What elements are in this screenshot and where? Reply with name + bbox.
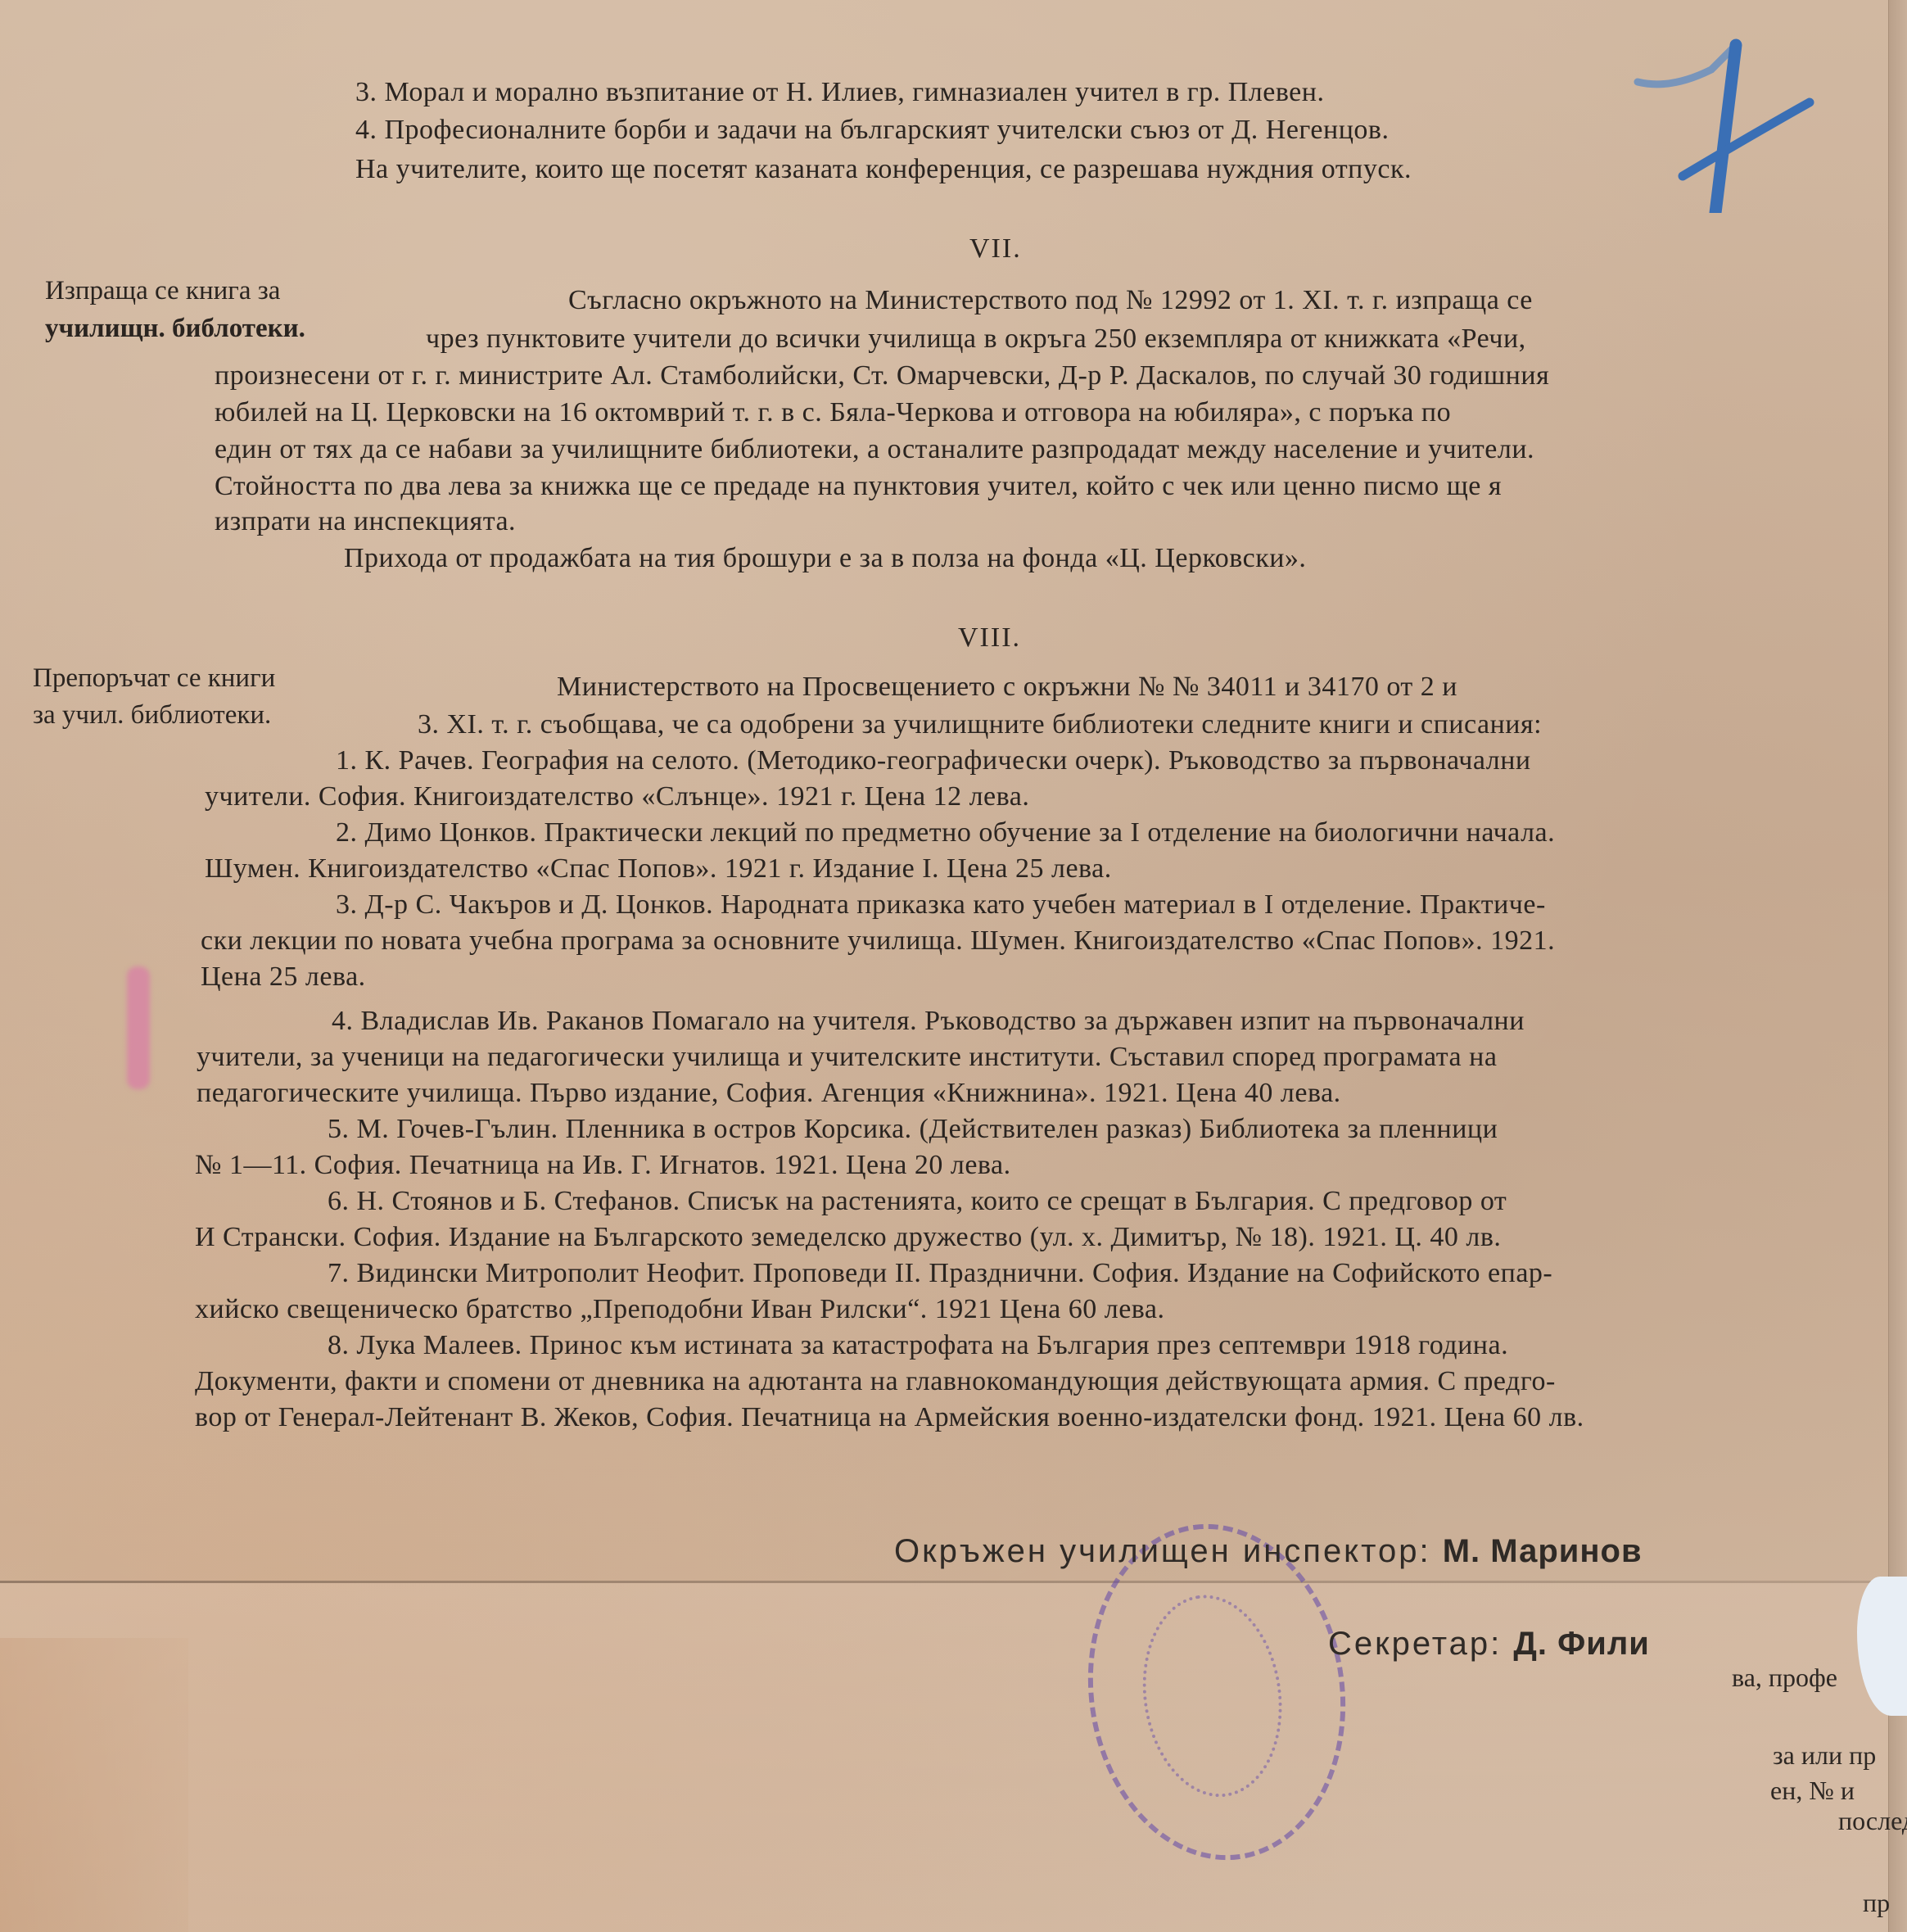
- book-8-line-2: Документи, факти и спомени от дневника н…: [195, 1368, 1556, 1396]
- secretary-label: Секретар:: [1328, 1626, 1502, 1662]
- section-vii-line-5: един от тях да се набави за училищните б…: [215, 436, 1534, 464]
- bleed-fragment-4: послед: [1838, 1806, 1907, 1836]
- section-viii-margin-note-1: Препоръчат се книги: [33, 663, 275, 694]
- handwritten-seven-icon: [1621, 16, 1818, 213]
- book-6-line-1: 6. Н. Стоянов и Б. Стефанов. Списък на р…: [328, 1188, 1507, 1215]
- section-vii-closing: Прихода от продажбата на тия брошури е з…: [344, 545, 1306, 572]
- inspector-label: Окръжен училищен инспектор:: [894, 1533, 1431, 1569]
- book-4-line-3: педагогическите училища. Първо издание, …: [197, 1079, 1341, 1107]
- bleed-fragment-2: за или пр: [1773, 1740, 1876, 1771]
- section-vii-line-2: чрез пунктовите учители до всички училищ…: [426, 325, 1526, 353]
- book-2-line-2: Шумен. Книгоиздателство «Спас Попов». 19…: [205, 855, 1112, 883]
- book-3-line-1: 3. Д-р С. Чакъров и Д. Цонков. Народната…: [336, 891, 1546, 919]
- section-vii-line-1: Съгласно окръжното на Министерството под…: [568, 287, 1533, 314]
- section-vii-margin-note-2: училищн. библотеки.: [45, 314, 305, 344]
- section-vii-heading: VII.: [969, 233, 1022, 265]
- book-4-line-2: учители, за ученици на педагогически учи…: [197, 1043, 1497, 1071]
- section-viii-margin-note-2: за учил. библиотеки.: [33, 700, 271, 731]
- section-viii-heading: VIII.: [958, 622, 1021, 654]
- section-viii-intro-2: 3. XI. т. г. съобщава, че са одобрени за…: [418, 711, 1542, 739]
- section-vi-item-4: 4. Професионалните борби и задачи на бъл…: [355, 116, 1389, 144]
- book-8-line-1: 8. Лука Малеев. Принос към истината за к…: [328, 1332, 1508, 1360]
- book-5-line-2: № 1—11. София. Печатница на Ив. Г. Игнат…: [195, 1152, 1011, 1179]
- book-1-line-2: учители. София. Книгоиздателство «Слънце…: [205, 783, 1029, 811]
- section-vi-item-3: 3. Морал и морално възпитание от Н. Илие…: [355, 79, 1324, 106]
- stamp-emblem: [1130, 1586, 1295, 1806]
- inspector-signature: Окръжен училищен инспектор: М. Маринов: [894, 1533, 1643, 1570]
- book-5-line-1: 5. М. Гочев-Гълин. Пленника в остров Кор…: [328, 1115, 1498, 1143]
- book-8-line-3: вор от Генерал-Лейтенант В. Жеков, София…: [195, 1404, 1584, 1432]
- section-vi-note: На учителите, които ще посетят казаната …: [355, 156, 1412, 183]
- bleed-fragment-3: ен, № и: [1770, 1776, 1855, 1806]
- bleed-fragment-1: ва, профе: [1732, 1663, 1837, 1693]
- book-7-line-1: 7. Видински Митрополит Неофит. Проповеди…: [328, 1260, 1552, 1287]
- book-4-line-1: 4. Владислав Ив. Раканов Помагало на учи…: [332, 1007, 1525, 1035]
- secretary-signature: Секретар: Д. Фили: [1328, 1626, 1650, 1663]
- book-1-line-1: 1. К. Рачев. География на селото. (Метод…: [336, 747, 1531, 775]
- book-2-line-1: 2. Димо Цонков. Практически лекций по пр…: [336, 819, 1555, 847]
- book-7-line-2: хийско свещеническо братство „Преподобни…: [195, 1296, 1164, 1323]
- fold-crease: [0, 1581, 1907, 1583]
- pink-highlighter-mark: [127, 966, 150, 1089]
- section-vii-line-4: юбилей на Ц. Церковски на 16 октомврий т…: [215, 399, 1451, 427]
- secretary-name: Д. Фили: [1513, 1626, 1649, 1662]
- section-vii-margin-note-1: Изпраща се книга за: [45, 276, 280, 306]
- section-vii-line-6: Стойността по два лева за книжка ще се п…: [215, 473, 1502, 500]
- book-6-line-2: И Странски. София. Издание на Българскот…: [195, 1224, 1501, 1251]
- section-viii-intro-1: Министерството на Просвещението с окръжн…: [557, 673, 1457, 701]
- bleed-fragment-5: пр: [1863, 1888, 1890, 1918]
- inspector-name: М. Маринов: [1443, 1533, 1643, 1569]
- book-3-line-3: Цена 25 лева.: [201, 963, 366, 991]
- book-3-line-2: ски лекции по новата учебна програма за …: [201, 927, 1555, 955]
- section-vii-line-3: произнесени от г. г. министрите Ал. Стам…: [215, 362, 1549, 390]
- section-vii-line-7: изпрати на инспекцията.: [215, 508, 516, 536]
